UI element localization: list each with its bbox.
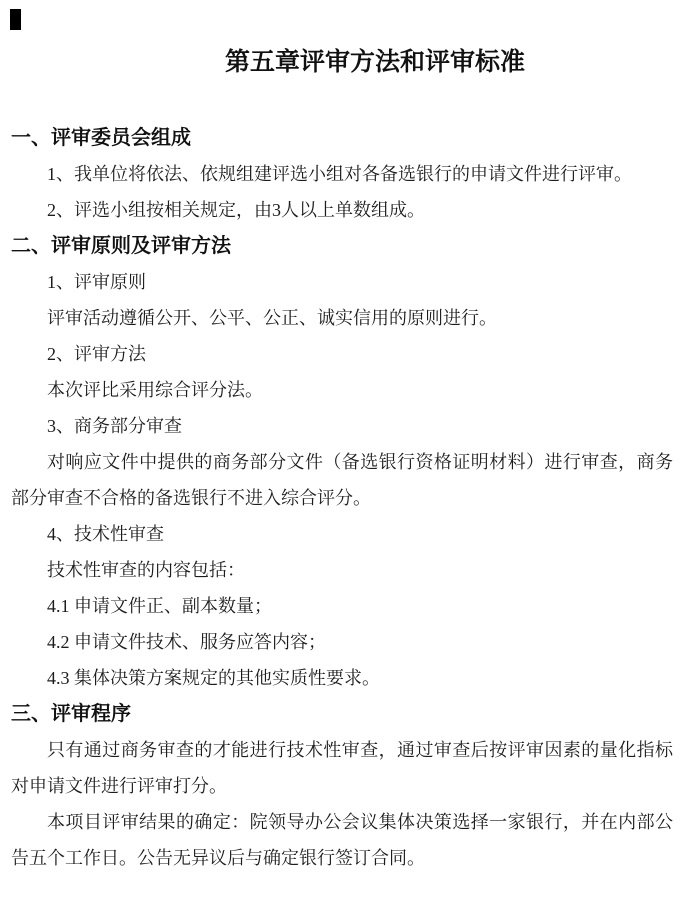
section-heading-3: 三、评审程序	[11, 696, 673, 732]
list-item-4-1: 4.1 申请文件正、副本数量；	[11, 588, 673, 624]
paragraph: 3、商务部分审查	[11, 408, 673, 444]
paragraph: 4、技术性审查	[11, 516, 673, 552]
paragraph: 只有通过商务审查的才能进行技术性审查，通过审查后按评审因素的量化指标对申请文件进…	[11, 732, 673, 804]
paragraph: 1、我单位将依法、依规组建评选小组对各备选银行的申请文件进行评审。	[11, 156, 673, 192]
paragraph: 本次评比采用综合评分法。	[11, 372, 673, 408]
chapter-title: 第五章评审方法和评审标准	[0, 0, 680, 80]
scan-artifact-mark	[10, 9, 21, 30]
paragraph: 技术性审查的内容包括：	[11, 552, 673, 588]
section-heading-2: 二、评审原则及评审方法	[11, 228, 673, 264]
paragraph: 评审活动遵循公开、公平、公正、诚实信用的原则进行。	[11, 300, 673, 336]
document-page: 第五章评审方法和评审标准 一、评审委员会组成 1、我单位将依法、依规组建评选小组…	[0, 0, 680, 904]
section-heading-1: 一、评审委员会组成	[11, 120, 673, 156]
paragraph: 1、评审原则	[11, 264, 673, 300]
list-item-4-2: 4.2 申请文件技术、服务应答内容；	[11, 624, 673, 660]
paragraph: 2、评审方法	[11, 336, 673, 372]
paragraph: 对响应文件中提供的商务部分文件（备选银行资格证明材料）进行审查，商务部分审查不合…	[11, 444, 673, 516]
paragraph: 本项目评审结果的确定：院领导办公会议集体决策选择一家银行，并在内部公告五个工作日…	[11, 804, 673, 876]
list-item-4-3: 4.3 集体决策方案规定的其他实质性要求。	[11, 660, 673, 696]
paragraph: 2、评选小组按相关规定，由3人以上单数组成。	[11, 192, 673, 228]
document-body: 一、评审委员会组成 1、我单位将依法、依规组建评选小组对各备选银行的申请文件进行…	[11, 120, 673, 876]
